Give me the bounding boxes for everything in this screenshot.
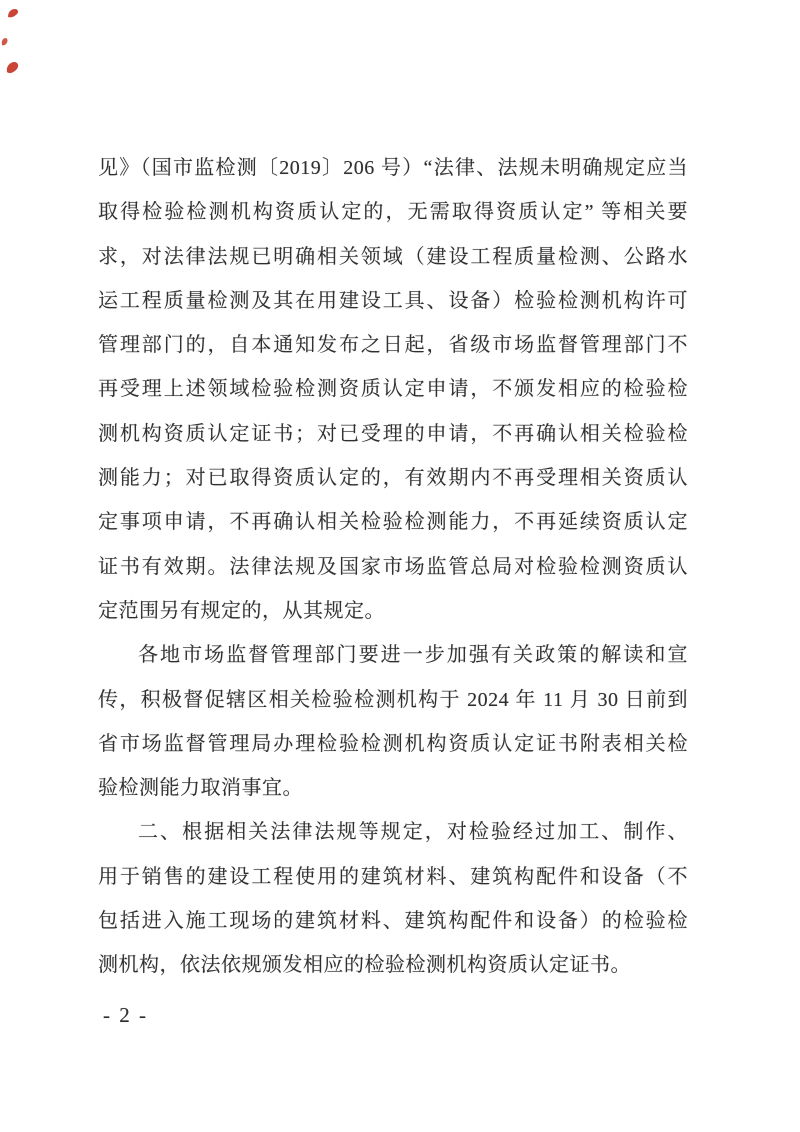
paragraph: 见》（国市监检测〔2019〕206 号）“法律、法规未明确规定应当取得检验检测机… [98, 146, 688, 633]
paragraph: 二、根据相关法律法规等规定，对检验经过加工、制作、用于销售的建设工程使用的建筑材… [98, 810, 688, 987]
text-line: 省市场监督管理局办理检验检测机构资质认定证书附表相关检 [98, 722, 688, 766]
text-line: 运工程质量检测及其在用建设工具、设备）检验检测机构许可 [98, 279, 688, 323]
text-line: 测能力；对已取得资质认定的，有效期内不再受理相关资质认 [98, 456, 688, 500]
document-body: 见》（国市监检测〔2019〕206 号）“法律、法规未明确规定应当取得检验检测机… [98, 146, 688, 988]
text-line: 定事项申请，不再确认相关检验检测能力，不再延续资质认定 [98, 500, 688, 544]
text-line: 传，积极督促辖区相关检验检测机构于 2024 年 11 月 30 日前到 [98, 678, 688, 722]
text-line: 取得检验检测机构资质认定的，无需取得资质认定” 等相关要 [98, 190, 688, 234]
red-ink-mark-icon [0, 36, 11, 48]
red-ink-mark-icon [5, 6, 21, 22]
text-line: 用于销售的建设工程使用的建筑材料、建筑构配件和设备（不 [98, 855, 688, 899]
text-line: 测机构，依法依规颁发相应的检验检测机构资质认定证书。 [98, 943, 688, 987]
text-line: 求，对法律法规已明确相关领域（建设工程质量检测、公路水 [98, 235, 688, 279]
page-number: - 2 - [103, 1003, 148, 1028]
text-line: 包括进入施工现场的建筑材料、建筑构配件和设备）的检验检 [98, 899, 688, 943]
document-page: 见》（国市监检测〔2019〕206 号）“法律、法规未明确规定应当取得检验检测机… [0, 0, 800, 1132]
paragraph: 各地市场监督管理部门要进一步加强有关政策的解读和宣传，积极督促辖区相关检验检测机… [98, 633, 688, 810]
text-line: 管理部门的，自本通知发布之日起，省级市场监督管理部门不 [98, 323, 688, 367]
text-line: 见》（国市监检测〔2019〕206 号）“法律、法规未明确规定应当 [98, 146, 688, 190]
text-line: 验检测能力取消事宜。 [98, 766, 688, 810]
text-line: 定范围另有规定的，从其规定。 [98, 589, 688, 633]
text-line: 测机构资质认定证书；对已受理的申请，不再确认相关检验检 [98, 412, 688, 456]
text-line: 二、根据相关法律法规等规定，对检验经过加工、制作、 [98, 810, 688, 854]
text-line: 再受理上述领域检验检测资质认定申请，不颁发相应的检验检 [98, 367, 688, 411]
red-ink-mark-icon [4, 59, 22, 77]
text-line: 证书有效期。法律法规及国家市场监管总局对检验检测资质认 [98, 545, 688, 589]
text-line: 各地市场监督管理部门要进一步加强有关政策的解读和宣 [98, 633, 688, 677]
